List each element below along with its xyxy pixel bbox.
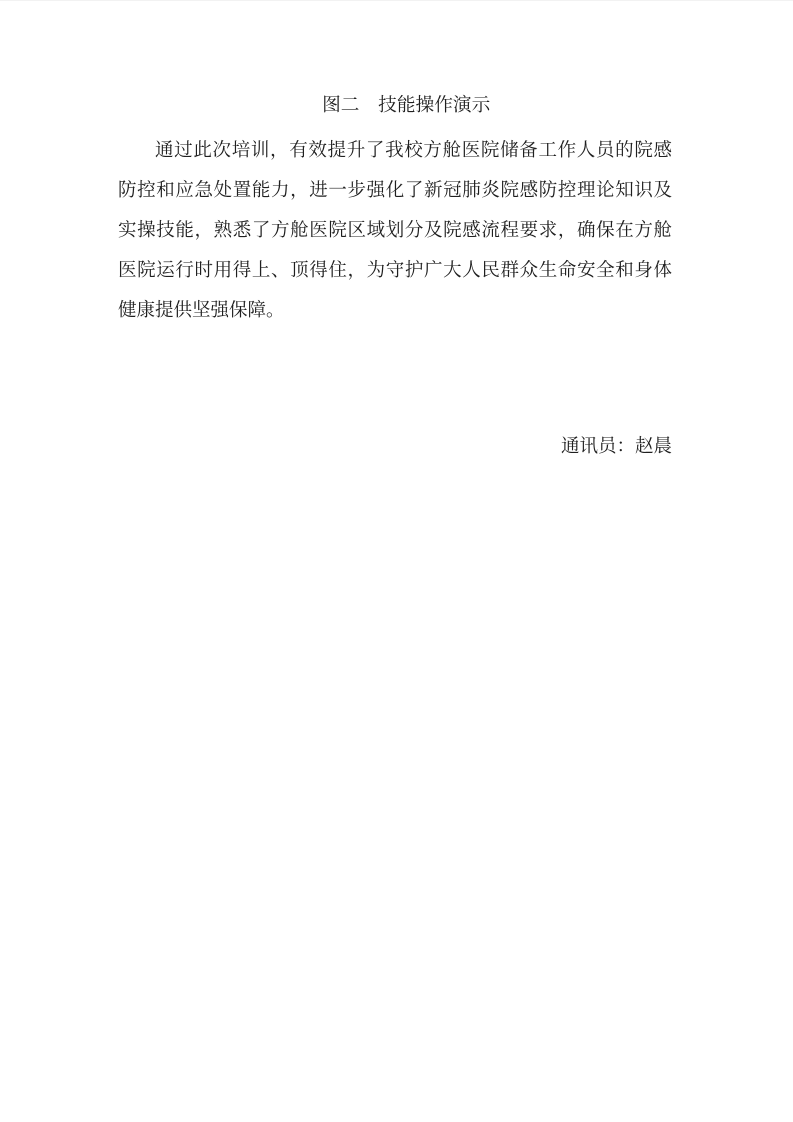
figure-caption: 图二 技能操作演示 [118, 92, 672, 120]
document-page: 图二 技能操作演示 通过此次培训，有效提升了我校方舱医院储备工作人员的院感防控和… [0, 0, 793, 1122]
body-paragraph: 通过此次培训，有效提升了我校方舱医院储备工作人员的院感防控和应急处置能力，进一步… [118, 131, 672, 331]
signature-line: 通讯员：赵晨 [118, 432, 672, 462]
page-content: 图二 技能操作演示 通过此次培训，有效提升了我校方舱医院储备工作人员的院感防控和… [0, 1, 793, 462]
